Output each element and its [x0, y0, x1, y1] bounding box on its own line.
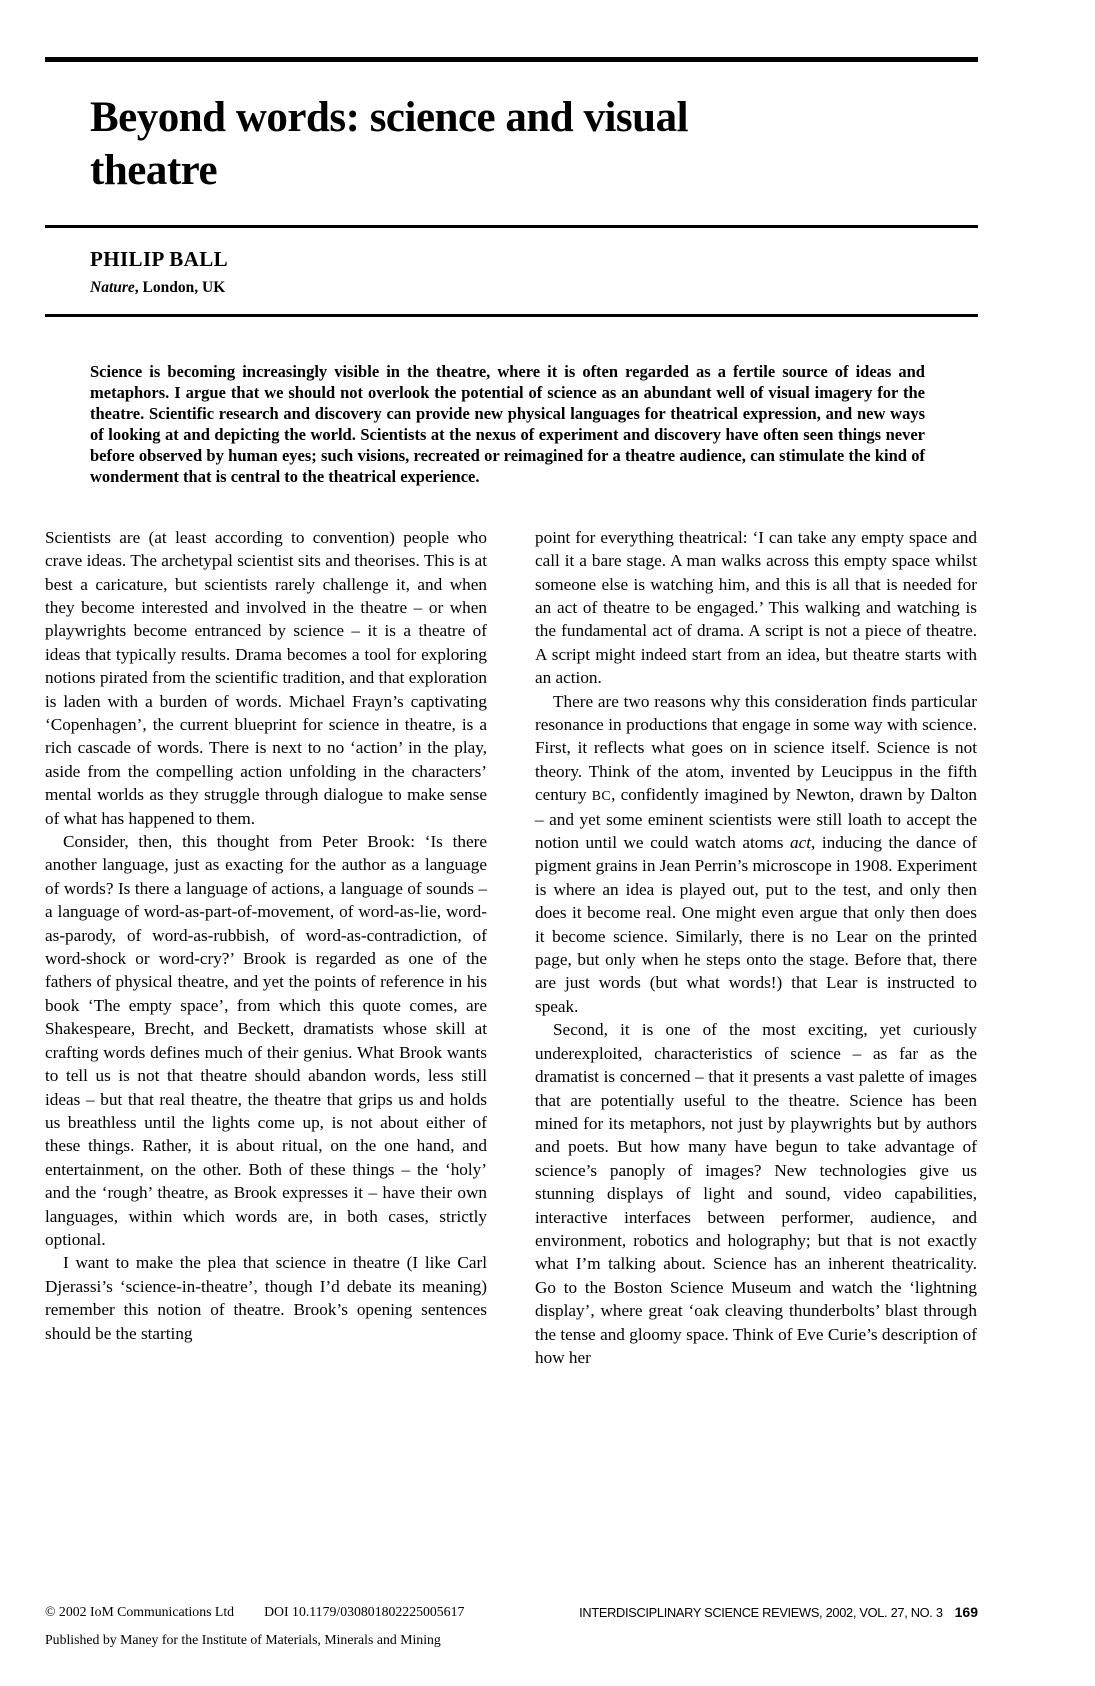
body-paragraph: Scientists are (at least according to co… [45, 526, 487, 830]
author-divider-rule [45, 314, 978, 317]
article-page: Beyond words: science and visual theatre… [0, 0, 1095, 1686]
right-column: point for everything theatrical: ‘I can … [535, 526, 977, 1370]
copyright-notice: © 2002 IoM Communications Ltd [45, 1604, 234, 1619]
article-body: Scientists are (at least according to co… [45, 526, 978, 1370]
copyright-doi-line: © 2002 IoM Communications LtdDOI 10.1179… [45, 1598, 464, 1626]
smallcaps-bc: BC [592, 788, 611, 803]
body-paragraph: Second, it is one of the most exciting, … [535, 1018, 977, 1369]
author-name: PHILIP BALL [90, 247, 1095, 272]
page-title: Beyond words: science and visual theatre [90, 92, 1005, 198]
top-rule [45, 57, 978, 62]
body-paragraph: There are two reasons why this considera… [535, 690, 977, 1019]
body-paragraph: point for everything theatrical: ‘I can … [535, 526, 977, 690]
publisher-line: Published by Maney for the Institute of … [45, 1626, 464, 1654]
journal-citation: INTERDISCIPLINARY SCIENCE REVIEWS, 2002,… [579, 1598, 978, 1620]
italic-act: act [790, 833, 811, 852]
abstract-text: Science is becoming increasingly visible… [90, 361, 925, 487]
doi-text: DOI 10.1179/030801802225005617 [264, 1604, 464, 1619]
body-paragraph: Consider, then, this thought from Peter … [45, 830, 487, 1251]
paragraph-segment: , inducing the dance of pigment grains i… [535, 833, 977, 1016]
title-divider-rule [45, 225, 978, 228]
page-number: 169 [955, 1604, 978, 1620]
imprint-block: © 2002 IoM Communications LtdDOI 10.1179… [45, 1598, 464, 1654]
left-column: Scientists are (at least according to co… [45, 526, 487, 1370]
author-affiliation: Nature, London, UK [90, 279, 1095, 297]
affiliation-location: , London, UK [135, 279, 225, 296]
page-footer: © 2002 IoM Communications LtdDOI 10.1179… [45, 1598, 978, 1654]
body-paragraph: I want to make the plea that science in … [45, 1251, 487, 1345]
journal-info: INTERDISCIPLINARY SCIENCE REVIEWS, 2002,… [579, 1605, 943, 1620]
affiliation-journal: Nature [90, 279, 135, 296]
author-block: PHILIP BALL Nature, London, UK [0, 247, 1095, 297]
